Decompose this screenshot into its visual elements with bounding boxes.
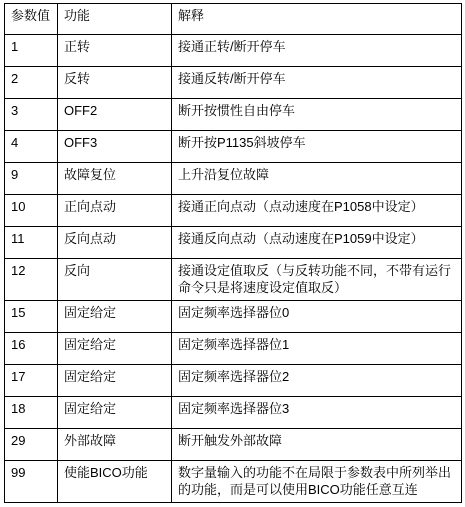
explanation-cell: 上升沿复位故障 <box>172 163 462 195</box>
parameter-table: 参数值 功能 解释 1 正转 接通正转/断开停车 2 反转 接通反转/断开停车 … <box>4 3 462 503</box>
function-cell: 反向点动 <box>58 227 172 259</box>
function-cell: 使能BICO功能 <box>58 461 172 503</box>
function-cell: 反转 <box>58 67 172 99</box>
param-value-cell: 10 <box>5 195 58 227</box>
param-value-cell: 3 <box>5 99 58 131</box>
table-row: 3 OFF2 断开按惯性自由停车 <box>5 99 462 131</box>
param-value-cell: 4 <box>5 131 58 163</box>
table-row: 15 固定给定 固定频率选择器位0 <box>5 301 462 333</box>
table-row: 10 正向点动 接通正向点动（点动速度在P1058中设定） <box>5 195 462 227</box>
function-cell: 固定给定 <box>58 301 172 333</box>
param-value-cell: 29 <box>5 429 58 461</box>
function-cell: 正向点动 <box>58 195 172 227</box>
param-value-cell: 18 <box>5 397 58 429</box>
explanation-cell: 接通反转/断开停车 <box>172 67 462 99</box>
document-page: 参数值 功能 解释 1 正转 接通正转/断开停车 2 反转 接通反转/断开停车 … <box>0 0 465 507</box>
explanation-cell: 断开按P1135斜坡停车 <box>172 131 462 163</box>
header-row: 参数值 功能 解释 <box>5 4 462 35</box>
param-value-cell: 17 <box>5 365 58 397</box>
param-value-cell: 12 <box>5 259 58 301</box>
table-row: 16 固定给定 固定频率选择器位1 <box>5 333 462 365</box>
param-value-cell: 15 <box>5 301 58 333</box>
function-cell: OFF2 <box>58 99 172 131</box>
explanation-cell: 接通正转/断开停车 <box>172 35 462 67</box>
explanation-cell: 固定频率选择器位0 <box>172 301 462 333</box>
explanation-cell: 断开触发外部故障 <box>172 429 462 461</box>
table-row: 11 反向点动 接通反向点动（点动速度在P1059中设定） <box>5 227 462 259</box>
explanation-cell: 固定频率选择器位2 <box>172 365 462 397</box>
explanation-cell: 数字量输入的功能不在局限于参数表中所列举出的功能，而是可以使用BICO功能任意互… <box>172 461 462 503</box>
param-value-cell: 2 <box>5 67 58 99</box>
table-row: 4 OFF3 断开按P1135斜坡停车 <box>5 131 462 163</box>
param-value-cell: 16 <box>5 333 58 365</box>
function-cell: 故障复位 <box>58 163 172 195</box>
table-row: 2 反转 接通反转/断开停车 <box>5 67 462 99</box>
explanation-cell: 接通反向点动（点动速度在P1059中设定） <box>172 227 462 259</box>
table-row: 99 使能BICO功能 数字量输入的功能不在局限于参数表中所列举出的功能，而是可… <box>5 461 462 503</box>
function-cell: 固定给定 <box>58 397 172 429</box>
function-cell: 反向 <box>58 259 172 301</box>
table-row: 17 固定给定 固定频率选择器位2 <box>5 365 462 397</box>
header-param-value: 参数值 <box>5 4 58 35</box>
function-cell: 正转 <box>58 35 172 67</box>
header-function: 功能 <box>58 4 172 35</box>
header-explanation: 解释 <box>172 4 462 35</box>
table-row: 18 固定给定 固定频率选择器位3 <box>5 397 462 429</box>
table-row: 29 外部故障 断开触发外部故障 <box>5 429 462 461</box>
function-cell: OFF3 <box>58 131 172 163</box>
param-value-cell: 99 <box>5 461 58 503</box>
table-row: 1 正转 接通正转/断开停车 <box>5 35 462 67</box>
table-body: 1 正转 接通正转/断开停车 2 反转 接通反转/断开停车 3 OFF2 断开按… <box>5 35 462 503</box>
explanation-cell: 固定频率选择器位1 <box>172 333 462 365</box>
param-value-cell: 1 <box>5 35 58 67</box>
explanation-cell: 断开按惯性自由停车 <box>172 99 462 131</box>
explanation-cell: 固定频率选择器位3 <box>172 397 462 429</box>
param-value-cell: 11 <box>5 227 58 259</box>
table-row: 9 故障复位 上升沿复位故障 <box>5 163 462 195</box>
explanation-cell: 接通设定值取反（与反转功能不同，不带有运行命令只是将速度设定值取反） <box>172 259 462 301</box>
function-cell: 外部故障 <box>58 429 172 461</box>
param-value-cell: 9 <box>5 163 58 195</box>
function-cell: 固定给定 <box>58 333 172 365</box>
table-row: 12 反向 接通设定值取反（与反转功能不同，不带有运行命令只是将速度设定值取反） <box>5 259 462 301</box>
explanation-cell: 接通正向点动（点动速度在P1058中设定） <box>172 195 462 227</box>
function-cell: 固定给定 <box>58 365 172 397</box>
